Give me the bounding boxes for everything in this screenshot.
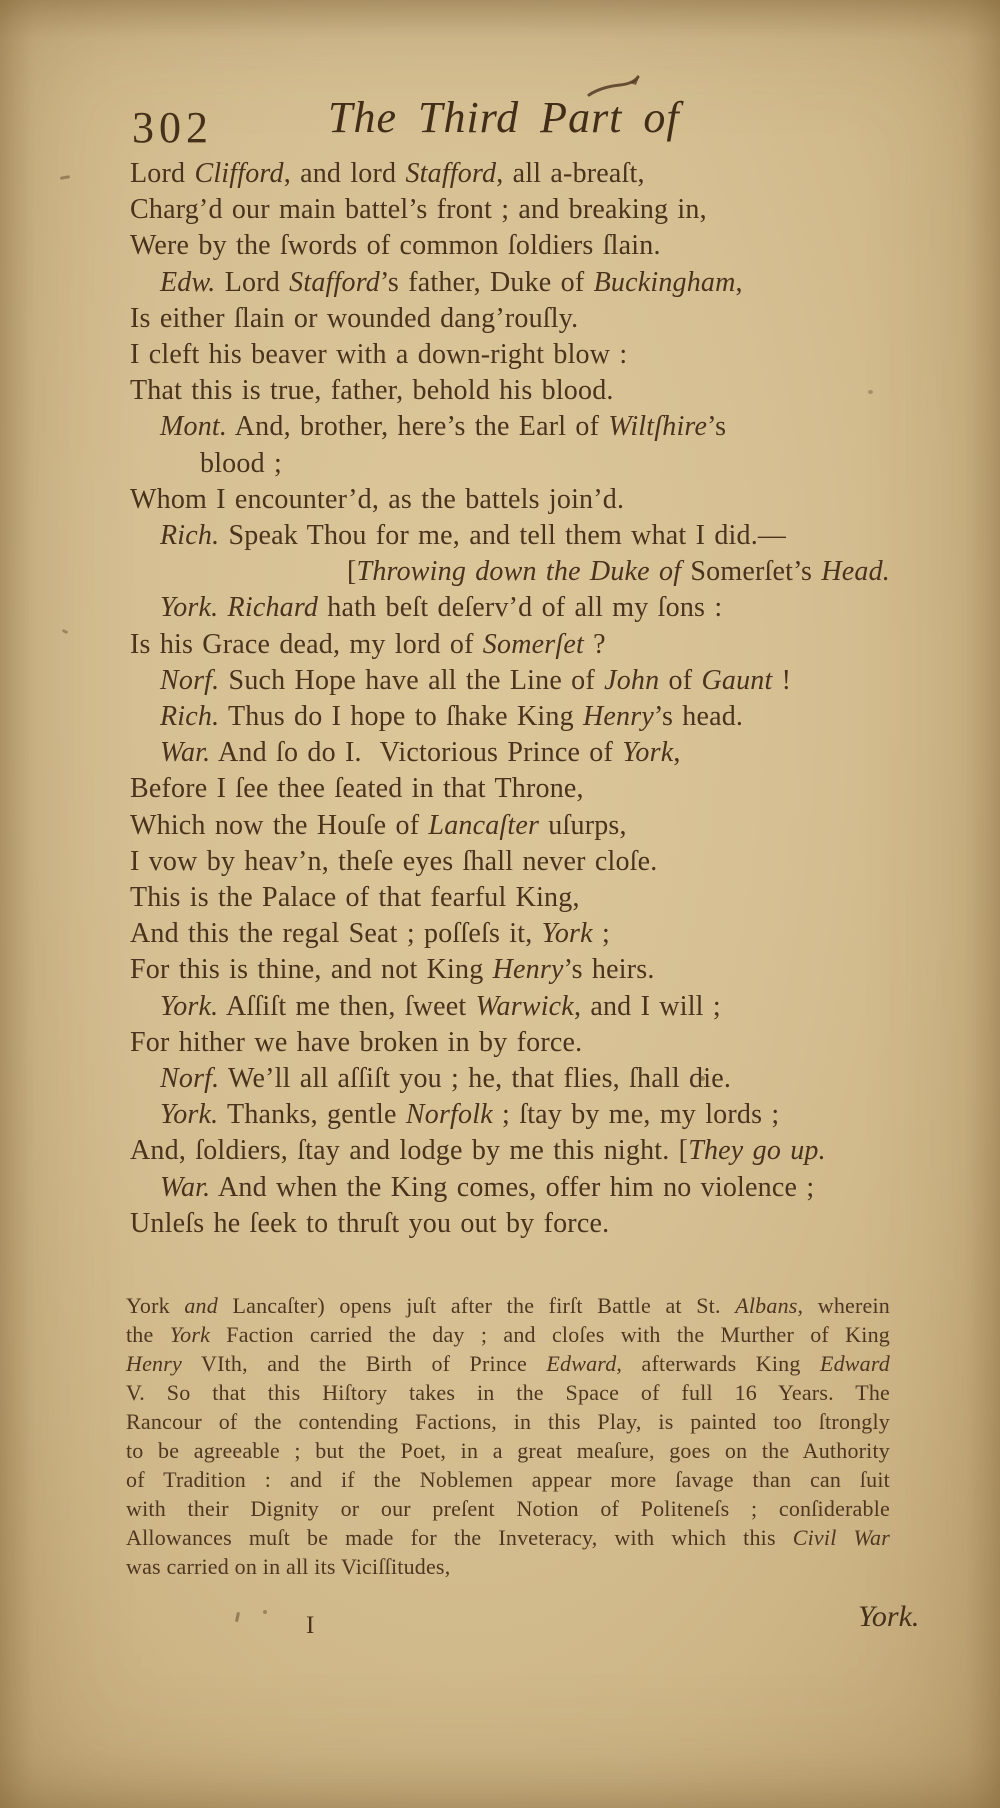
text-run: Is either ſlain or wounded dang’rouſly. [130, 303, 578, 334]
text-run: For hither we have broken in by force. [130, 1027, 582, 1058]
text-run: , afterwards King [616, 1351, 820, 1376]
footnote-line: Rancour of the contending Factions, in t… [126, 1407, 890, 1436]
text-run: Henry [493, 954, 564, 985]
text-run: ’s head. [654, 701, 743, 732]
text-run: Buckingham [594, 267, 736, 298]
text-run: [ [347, 556, 357, 587]
catchword: York. [858, 1600, 919, 1634]
text-run: Before I ſee thee ſeated in that Throne, [130, 773, 584, 804]
text-run: Norfolk [406, 1099, 493, 1130]
text-run: Edward [820, 1351, 890, 1376]
play-text-line: York. Aſſiſt me then, ſweet Warwick, and… [130, 989, 890, 1025]
text-run: Henry [126, 1351, 182, 1376]
text-run: Lancaſter) opens juſt after the firſt Ba… [218, 1293, 735, 1318]
text-run: of Tradition : and if the Noblemen appea… [126, 1467, 890, 1492]
text-run: was carried on in all its Viciſſitudes, [126, 1554, 450, 1579]
play-text-line: Were by the ſwords of common ſoldiers ſl… [130, 228, 890, 264]
text-run: , all a-breaſt, [496, 158, 644, 189]
text-run: That this is true, father, behold his bl… [130, 375, 614, 406]
text-run [218, 592, 227, 623]
text-run: I vow by heav’n, theſe eyes ſhall never … [130, 846, 657, 877]
text-run: And ſo do I. Victorious Prince of [210, 737, 622, 768]
text-run: Were by the ſwords of common ſoldiers ſl… [130, 230, 661, 261]
play-text-line: [Throwing down the Duke of Somerſet’s He… [130, 554, 890, 590]
play-text-line: And, ſoldiers, ſtay and lodge by me this… [130, 1133, 890, 1169]
play-text-line: That this is true, father, behold his bl… [130, 373, 890, 409]
text-run: York [170, 1322, 210, 1347]
play-text-line: For this is thine, and not King Henry’s … [130, 952, 890, 988]
footnote-block: York and Lancaſter) opens juſt after the… [126, 1291, 890, 1581]
text-run: Wiltſhire [608, 411, 707, 442]
text-run: Norf. [160, 665, 219, 696]
text-run: John [604, 665, 659, 696]
text-run: And, ſoldiers, ſtay and lodge by me this… [130, 1135, 688, 1166]
text-run: York [126, 1293, 184, 1318]
text-run: to be agreeable ; but the Poet, in a gre… [126, 1438, 890, 1463]
text-run: Which now the Houſe of [130, 810, 428, 841]
ink-speck [60, 175, 70, 180]
text-run: For this is thine, and not King [130, 954, 493, 985]
text-run: They go up. [688, 1135, 826, 1166]
text-run: , wherein [798, 1293, 890, 1318]
text-run: Warwick [476, 991, 574, 1022]
page-number: 302 [132, 102, 213, 153]
footnote-line: was carried on in all its Viciſſitudes, [126, 1552, 890, 1581]
play-text-line: Rich. Speak Thou for me, and tell them w… [130, 518, 890, 554]
text-run: ; [593, 918, 610, 949]
text-run: We’ll all aſſiſt you ; he, that flies, ſ… [219, 1063, 731, 1094]
text-run: Edward [546, 1351, 616, 1376]
play-text-line: I cleft his beaver with a down-right blo… [130, 337, 890, 373]
footnote-line: Henry VIth, and the Birth of Prince Edwa… [126, 1349, 890, 1378]
text-run: Somerſet [483, 629, 584, 660]
text-run: Rich. [160, 701, 219, 732]
text-run: Lancaſter [428, 810, 539, 841]
text-run: Thanks, gentle [218, 1099, 406, 1130]
text-run: Mont. [160, 411, 227, 442]
text-run: Rich. [160, 520, 219, 551]
text-run: I cleft his beaver with a down-right blo… [130, 339, 627, 370]
play-text-line: For hither we have broken in by force. [130, 1025, 890, 1061]
text-run: Stafford [405, 158, 496, 189]
play-text-line: Edw. Lord Stafford’s father, Duke of Buc… [130, 265, 890, 301]
text-run: with their Dignity or our preſent Notion… [126, 1496, 890, 1521]
text-run: Civil War [793, 1525, 890, 1550]
text-run: ’s father, Duke of [380, 267, 594, 298]
text-run: Speak Thou for me, and tell them what I … [219, 520, 786, 551]
text-run: Rancour of the contending Factions, in t… [126, 1409, 890, 1434]
play-text-line: I vow by heav’n, theſe eyes ſhall never … [130, 844, 890, 880]
ink-speck [235, 1612, 240, 1622]
book-page-scan: 302 The Third Part of Lord Clifford, and… [0, 0, 1000, 1808]
text-run: Whom I encounter’d, as the battels join’… [130, 484, 624, 515]
text-run: , [673, 737, 680, 768]
text-run: Unleſs he ſeek to thruſt you out by forc… [130, 1208, 609, 1239]
play-text-line: York. Richard hath beſt deſerv’d of all … [130, 590, 890, 626]
text-run: York [622, 737, 673, 768]
text-run: , and lord [284, 158, 406, 189]
text-run: Gaunt [701, 665, 772, 696]
play-text-line: Unleſs he ſeek to thruſt you out by forc… [130, 1206, 890, 1242]
play-text-line: Before I ſee thee ſeated in that Throne, [130, 771, 890, 807]
play-text-line: Lord Clifford, and lord Stafford, all a-… [130, 156, 890, 192]
footnote-line: to be agreeable ; but the Poet, in a gre… [126, 1436, 890, 1465]
text-run: Charg’d our main battel’s front ; and br… [130, 194, 707, 225]
text-run: of [659, 665, 701, 696]
play-text-line: War. And when the King comes, offer him … [130, 1170, 890, 1206]
text-run: Edw. [160, 267, 216, 298]
text-run: Lord [216, 267, 290, 298]
text-run: V. So that this Hiſtory takes in the Spa… [126, 1380, 890, 1405]
text-run: This is the Palace of that fearful King, [130, 882, 580, 913]
text-run: York [542, 918, 593, 949]
play-text-line: Norf. We’ll all aſſiſt you ; he, that fl… [130, 1061, 890, 1097]
text-run: Aſſiſt me then, ſweet [218, 991, 475, 1022]
text-run: and [184, 1293, 218, 1318]
text-run: Thus do I hope to ſhake King [219, 701, 583, 732]
play-text-line: blood ; [130, 446, 890, 482]
text-run: hath beſt deſerv’d of all my ſons : [318, 592, 722, 623]
text-run: Henry [583, 701, 654, 732]
text-run: ’s [707, 411, 726, 442]
text-run: ’s heirs. [564, 954, 655, 985]
text-run: , and I will ; [574, 991, 721, 1022]
signature-mark: I [306, 1612, 314, 1640]
text-run: York. [160, 592, 218, 623]
footnote-line: York and Lancaſter) opens juſt after the… [126, 1291, 890, 1320]
text-run: Stafford [289, 267, 380, 298]
play-text-line: And this the regal Seat ; poſſeſs it, Yo… [130, 916, 890, 952]
text-run: ! [772, 665, 791, 696]
text-run: York. [160, 1099, 218, 1130]
footnote-line: of Tradition : and if the Noblemen appea… [126, 1465, 890, 1494]
text-run: York. [160, 991, 218, 1022]
play-text-line: War. And ſo do I. Victorious Prince of Y… [130, 735, 890, 771]
text-run: Somerſet’s [690, 556, 821, 587]
footnote-line: with their Dignity or our preſent Notion… [126, 1494, 890, 1523]
text-run: Albans [735, 1293, 797, 1318]
text-run: And, brother, here’s the Earl of [227, 411, 608, 442]
text-run: Allowances muſt be made for the Invetera… [126, 1525, 793, 1550]
text-run: the [126, 1322, 170, 1347]
text-run: ? [584, 629, 606, 660]
ink-speck [62, 629, 69, 634]
text-run: ; ſtay by me, my lords ; [493, 1099, 780, 1130]
text-run: Such Hope have all the Line of [219, 665, 604, 696]
ink-speck [263, 1610, 267, 1614]
play-text-line: York. Thanks, gentle Norfolk ; ſtay by m… [130, 1097, 890, 1133]
text-run: uſurps, [539, 810, 627, 841]
footnote-line: the York Faction carried the day ; and c… [126, 1320, 890, 1349]
text-run: Clifford [194, 158, 283, 189]
text-run: War. [160, 1172, 210, 1203]
footnote-line: V. So that this Hiſtory takes in the Spa… [126, 1378, 890, 1407]
text-run: Lord [130, 158, 194, 189]
text-run: And this the regal Seat ; poſſeſs it, [130, 918, 542, 949]
play-text-line: Norf. Such Hope have all the Line of Joh… [130, 663, 890, 699]
text-run: blood ; [200, 448, 282, 479]
text-run: Norf. [160, 1063, 219, 1094]
running-title: The Third Part of [328, 92, 680, 143]
play-text-line: Rich. Thus do I hope to ſhake King Henry… [130, 699, 890, 735]
play-text-line: Is his Grace dead, my lord of Somerſet ? [130, 627, 890, 663]
footnote-line: Allowances muſt be made for the Invetera… [126, 1523, 890, 1552]
text-run: VIth, and the Birth of Prince [182, 1351, 546, 1376]
text-run: Throwing down the Duke of [357, 556, 691, 587]
play-text-block: Lord Clifford, and lord Stafford, all a-… [130, 156, 890, 1242]
text-run: Faction carried the day ; and cloſes wit… [210, 1322, 890, 1347]
text-run: Is his Grace dead, my lord of [130, 629, 483, 660]
text-run: Head. [821, 556, 890, 587]
play-text-line: Mont. And, brother, here’s the Earl of W… [130, 409, 890, 445]
text-run: And when the King comes, offer him no vi… [210, 1172, 814, 1203]
play-text-line: This is the Palace of that fearful King, [130, 880, 890, 916]
play-text-line: Is either ſlain or wounded dang’rouſly. [130, 301, 890, 337]
play-text-line: Whom I encounter’d, as the battels join’… [130, 482, 890, 518]
text-run: , [736, 267, 743, 298]
text-run: Richard [228, 592, 319, 623]
text-run: War. [160, 737, 210, 768]
play-text-line: Charg’d our main battel’s front ; and br… [130, 192, 890, 228]
play-text-line: Which now the Houſe of Lancaſter uſurps, [130, 808, 890, 844]
